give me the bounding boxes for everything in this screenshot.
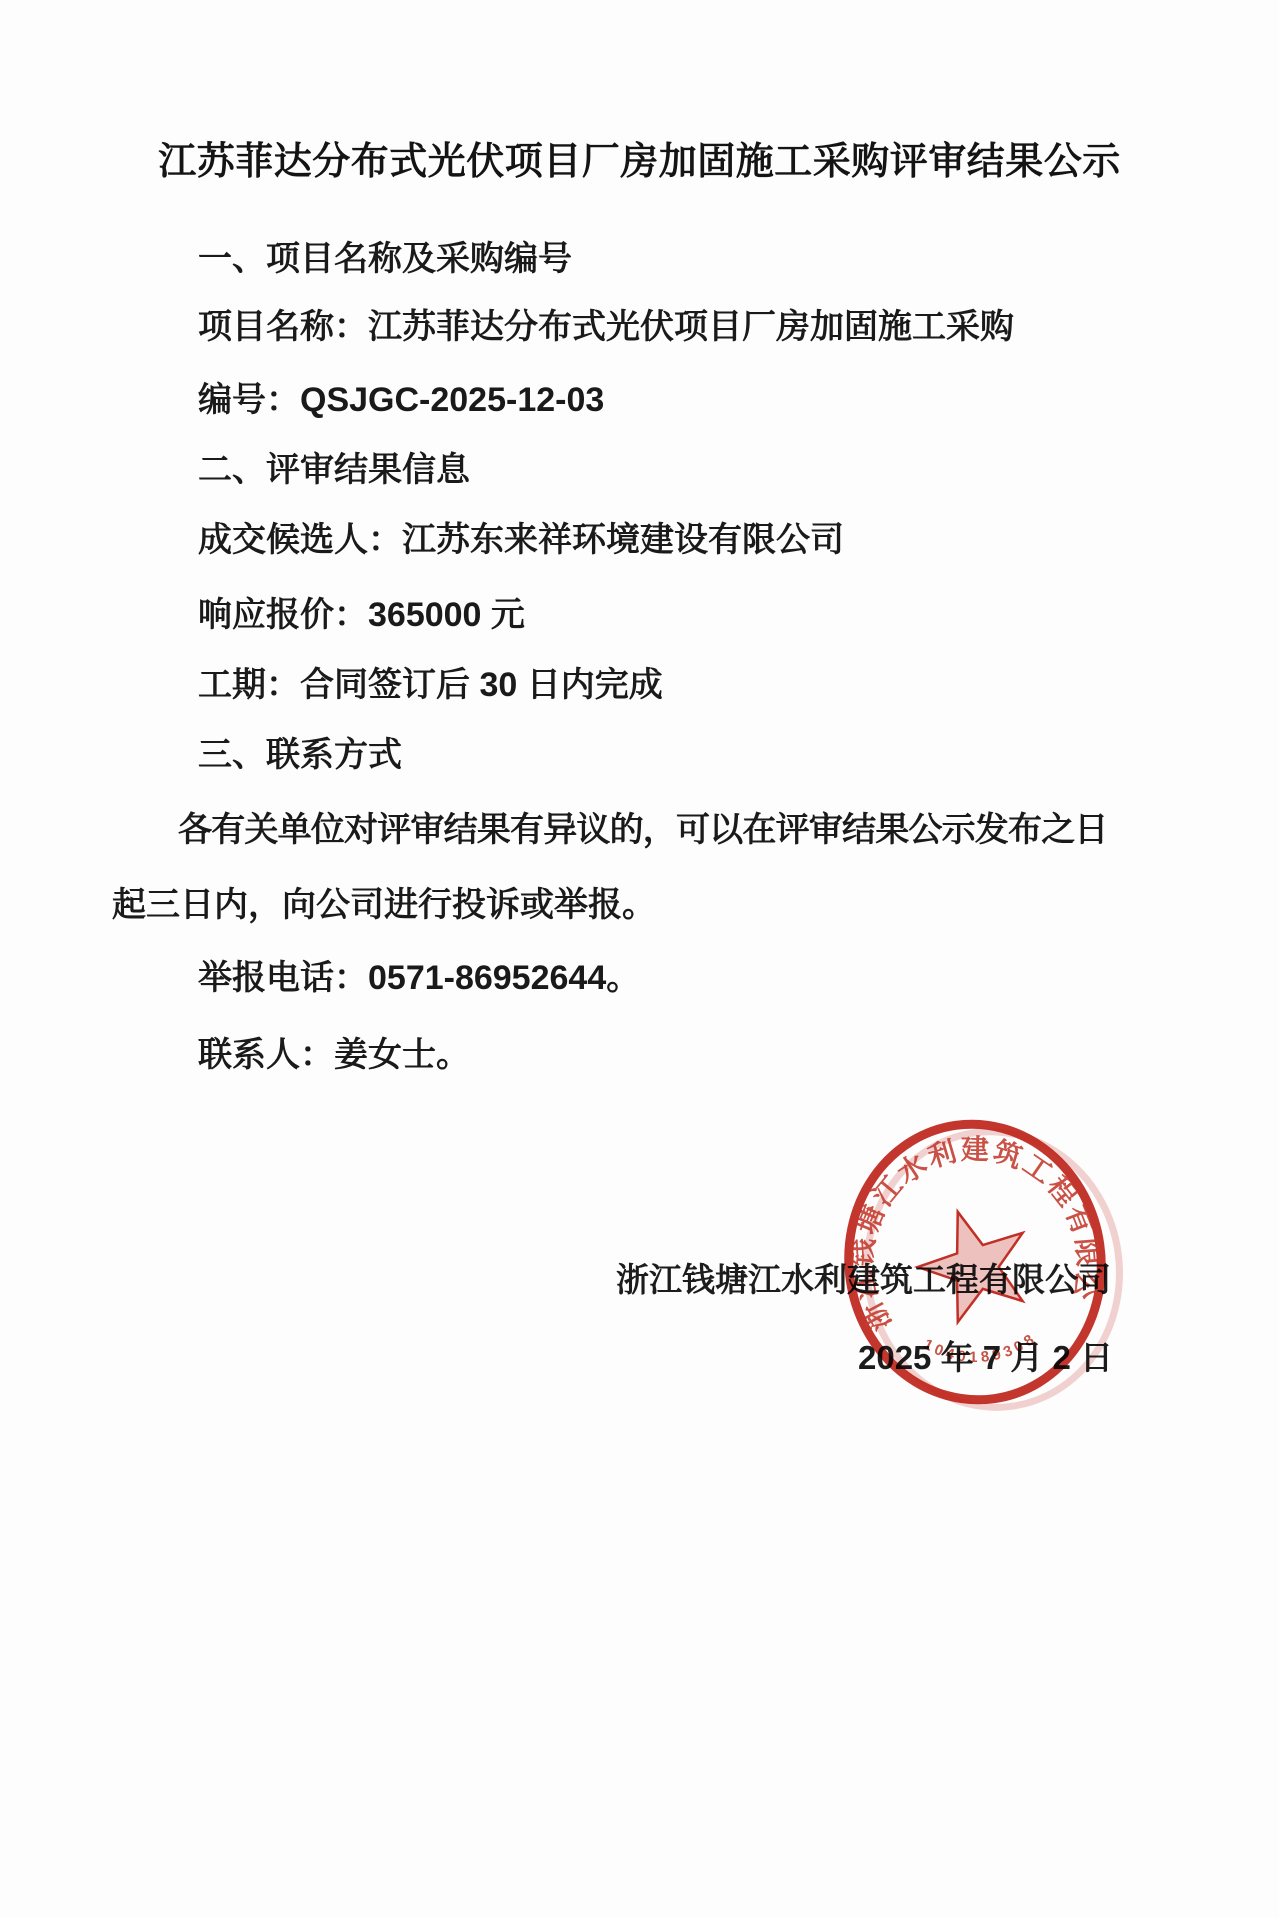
report-phone-line: 举报电话：0571-86952644。 (112, 957, 1179, 999)
project-name-line: 项目名称：江苏菲达分布式光伏项目厂房加固施工采购 (112, 306, 1179, 348)
winner-line: 成交候选人：江苏东来祥环境建设有限公司 (112, 519, 1179, 561)
document-page: 江苏菲达分布式光伏项目厂房加固施工采购评审结果公示 一、项目名称及采购编号 项目… (0, 0, 1279, 1917)
svg-text:1040189308: 1040189308 (919, 1320, 1043, 1374)
company-seal: 浙江钱塘江水利建筑工程有限公司 1040189308 (833, 1112, 1123, 1412)
section1-heading: 一、项目名称及采购编号 (112, 238, 1179, 280)
bid-price-line: 响应报价：365000 元 (112, 594, 1179, 636)
seal-serial-number: 1040189308 (919, 1320, 1043, 1374)
star-icon (911, 1203, 1034, 1326)
seal-ring-text: 浙江钱塘江水利建筑工程有限公司 (833, 1112, 1111, 1343)
svg-text:浙江钱塘江水利建筑工程有限公司: 浙江钱塘江水利建筑工程有限公司 (833, 1112, 1111, 1343)
objection-paragraph-line2: 起三日内，向公司进行投诉或举报。 (112, 884, 1179, 926)
section2-heading: 二、评审结果信息 (112, 449, 1179, 491)
procurement-number-line: 编号：QSJGC-2025-12-03 (112, 379, 1179, 421)
section3-heading: 三、联系方式 (112, 734, 1179, 776)
document-title: 江苏菲达分布式光伏项目厂房加固施工采购评审结果公示 (0, 130, 1279, 185)
contact-line: 联系人：姜女士。 (112, 1034, 1179, 1076)
duration-line: 工期：合同签订后 30 日内完成 (112, 664, 1179, 706)
objection-paragraph-line1: 各有关单位对评审结果有异议的，可以在评审结果公示发布之日 (112, 809, 1179, 851)
